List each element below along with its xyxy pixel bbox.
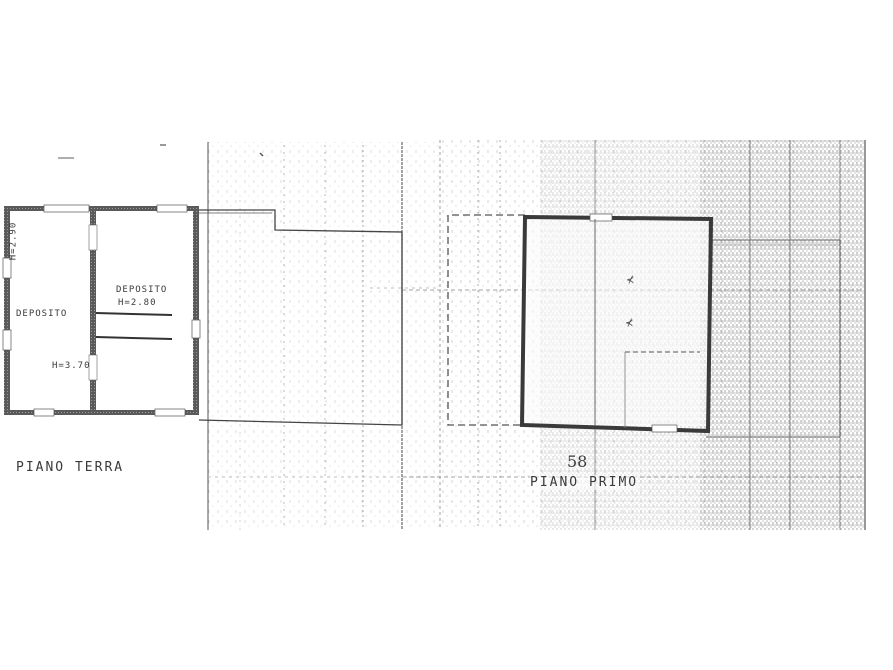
background-grid-middle bbox=[205, 142, 440, 530]
ground-floor-title: PIANO TERRA bbox=[16, 460, 124, 475]
room-height-left: H=3.70 bbox=[52, 361, 91, 371]
first-floor-plan: ⊀ ⊀ bbox=[522, 214, 711, 432]
page-number: 58 bbox=[567, 452, 587, 471]
floor-plan-sheet: ⊀ ⊀ PIANO TERRA DEPOSITO H=3.70 H=2.90 D… bbox=[0, 0, 893, 670]
first-floor-title: PIANO PRIMO bbox=[530, 475, 638, 490]
room-label-deposito-left: DEPOSITO bbox=[16, 309, 67, 319]
room-height-right: H=2.80 bbox=[118, 298, 157, 308]
svg-text:⊀: ⊀ bbox=[626, 275, 634, 286]
floor-plan-drawing: ⊀ ⊀ bbox=[0, 0, 893, 670]
svg-text:⊀: ⊀ bbox=[625, 318, 633, 329]
wall-height-left: H=2.90 bbox=[8, 222, 18, 261]
room-label-deposito-right: DEPOSITO bbox=[116, 285, 167, 295]
